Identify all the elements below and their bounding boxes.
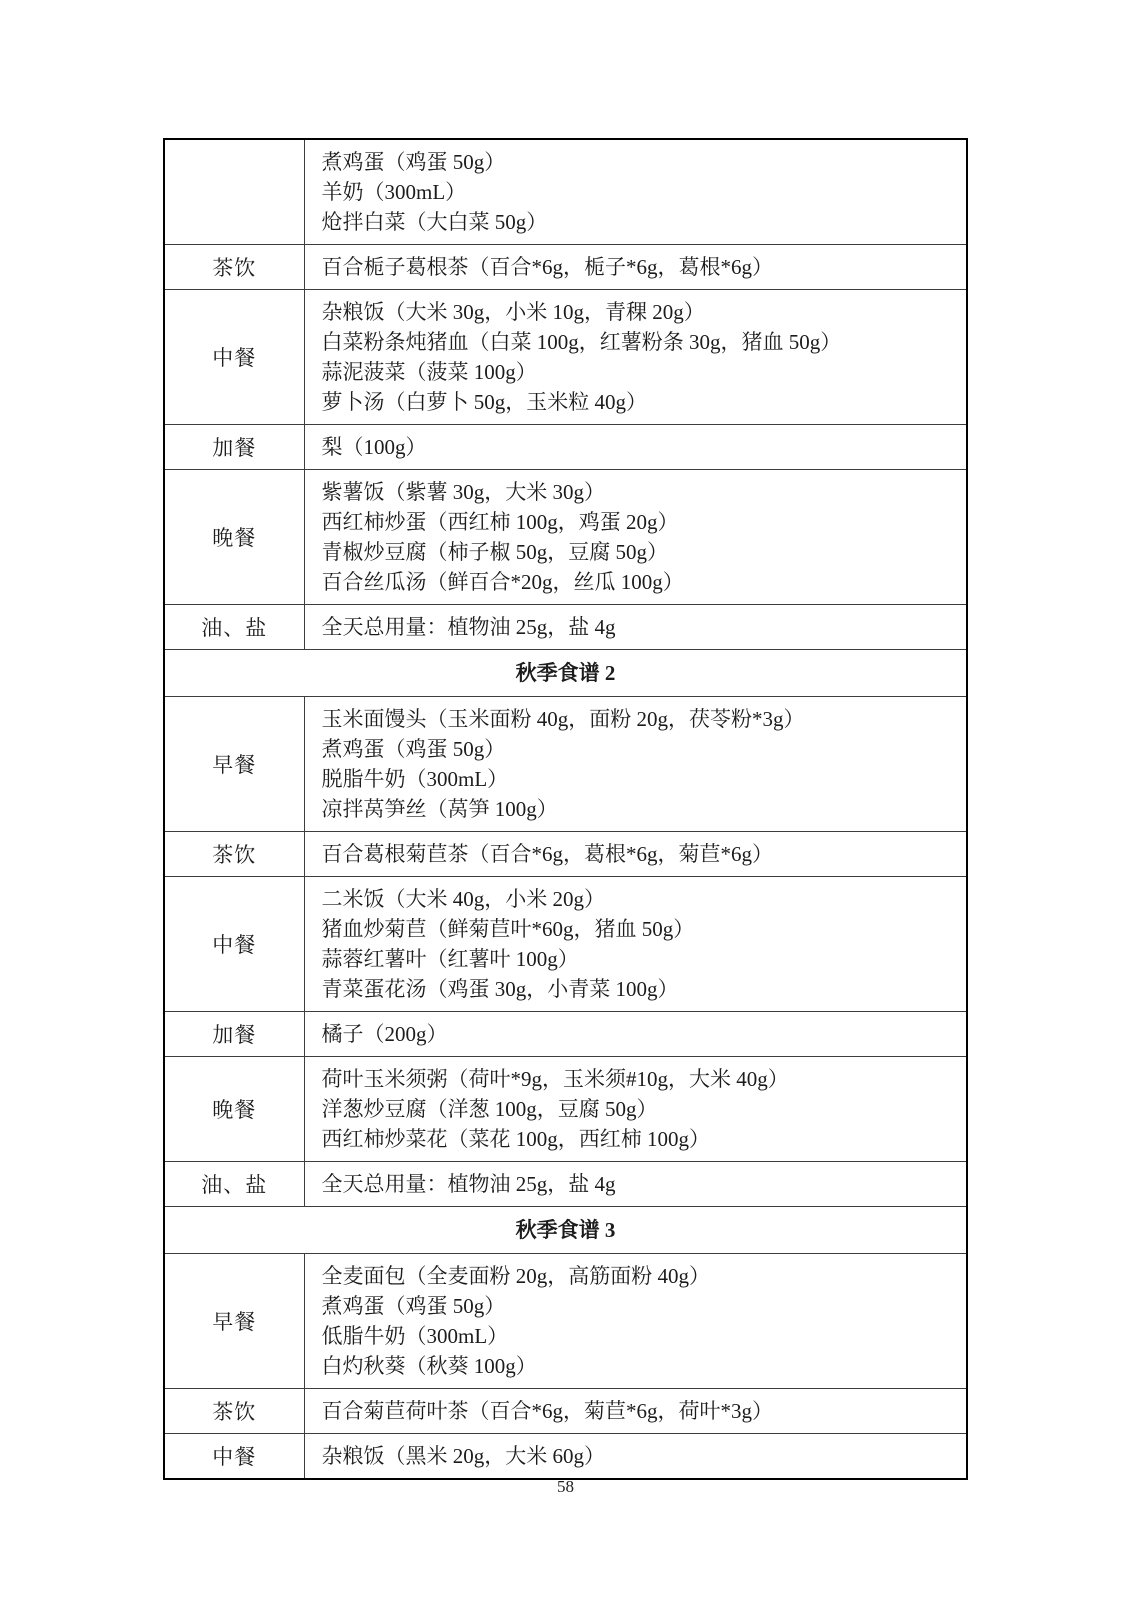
meal-items-cell: 百合菊苣荷叶茶（百合*6g，菊苣*6g，荷叶*3g） (304, 1389, 967, 1434)
meal-items-cell: 梨（100g） (304, 425, 967, 470)
dish-line: 低脂牛奶（300mL） (322, 1321, 959, 1351)
meal-items-cell: 紫薯饭（紫薯 30g，大米 30g） 西红柿炒蛋（西红柿 100g，鸡蛋 20g… (304, 470, 967, 605)
meal-items-cell: 百合葛根菊苣茶（百合*6g，葛根*6g，菊苣*6g） (304, 832, 967, 877)
dish-line: 白菜粉条炖猪血（白菜 100g，红薯粉条 30g，猪血 50g） (322, 327, 959, 357)
dish-line: 二米饭（大米 40g，小米 20g） (322, 884, 959, 914)
dish-line: 羊奶（300mL） (322, 177, 959, 207)
meal-items-cell: 二米饭（大米 40g，小米 20g） 猪血炒菊苣（鲜菊苣叶*60g，猪血 50g… (304, 877, 967, 1012)
meal-type-label: 中餐 (164, 290, 304, 425)
table-row: 中餐 杂粮饭（大米 30g，小米 10g，青稞 20g） 白菜粉条炖猪血（白菜 … (164, 290, 967, 425)
table-row: 油、盐 全天总用量：植物油 25g，盐 4g (164, 1162, 967, 1207)
table-row: 油、盐 全天总用量：植物油 25g，盐 4g (164, 605, 967, 650)
dish-line: 青椒炒豆腐（柿子椒 50g，豆腐 50g） (322, 537, 959, 567)
dish-line: 煮鸡蛋（鸡蛋 50g） (322, 147, 959, 177)
meal-items-cell: 全天总用量：植物油 25g，盐 4g (304, 605, 967, 650)
dish-line: 百合丝瓜汤（鲜百合*20g，丝瓜 100g） (322, 567, 959, 597)
table-row: 早餐 玉米面馒头（玉米面粉 40g，面粉 20g，茯苓粉*3g） 煮鸡蛋（鸡蛋 … (164, 697, 967, 832)
dish-line: 白灼秋葵（秋葵 100g） (322, 1351, 959, 1381)
meal-type-label: 油、盐 (164, 605, 304, 650)
meal-type-label: 早餐 (164, 697, 304, 832)
meal-type-label: 晚餐 (164, 1057, 304, 1162)
meal-type-label: 茶饮 (164, 245, 304, 290)
meal-items-cell: 杂粮饭（大米 30g，小米 10g，青稞 20g） 白菜粉条炖猪血（白菜 100… (304, 290, 967, 425)
table-row: 中餐 杂粮饭（黑米 20g，大米 60g） (164, 1434, 967, 1480)
section-header-row: 秋季食谱 3 (164, 1207, 967, 1254)
dish-line: 紫薯饭（紫薯 30g，大米 30g） (322, 477, 959, 507)
dish-line: 洋葱炒豆腐（洋葱 100g，豆腐 50g） (322, 1094, 959, 1124)
table-row: 茶饮 百合栀子葛根茶（百合*6g，栀子*6g，葛根*6g） (164, 245, 967, 290)
meal-items-cell: 全麦面包（全麦面粉 20g，高筋面粉 40g） 煮鸡蛋（鸡蛋 50g） 低脂牛奶… (304, 1254, 967, 1389)
dish-line: 百合栀子葛根茶（百合*6g，栀子*6g，葛根*6g） (322, 252, 959, 282)
dish-line: 杂粮饭（黑米 20g，大米 60g） (322, 1441, 959, 1471)
dish-line: 蒜泥菠菜（菠菜 100g） (322, 357, 959, 387)
meal-items-cell: 荷叶玉米须粥（荷叶*9g，玉米须#10g，大米 40g） 洋葱炒豆腐（洋葱 10… (304, 1057, 967, 1162)
dish-line: 蒜蓉红薯叶（红薯叶 100g） (322, 944, 959, 974)
meal-items-cell: 煮鸡蛋（鸡蛋 50g） 羊奶（300mL） 炝拌白菜（大白菜 50g） (304, 139, 967, 245)
table-row: 加餐 梨（100g） (164, 425, 967, 470)
meal-items-cell: 百合栀子葛根茶（百合*6g，栀子*6g，葛根*6g） (304, 245, 967, 290)
meal-type-label: 加餐 (164, 1012, 304, 1057)
dish-line: 百合葛根菊苣茶（百合*6g，葛根*6g，菊苣*6g） (322, 839, 959, 869)
dish-line: 脱脂牛奶（300mL） (322, 764, 959, 794)
dish-line: 全麦面包（全麦面粉 20g，高筋面粉 40g） (322, 1261, 959, 1291)
section-header-row: 秋季食谱 2 (164, 650, 967, 697)
dish-line: 全天总用量：植物油 25g，盐 4g (322, 612, 959, 642)
table-row: 中餐 二米饭（大米 40g，小米 20g） 猪血炒菊苣（鲜菊苣叶*60g，猪血 … (164, 877, 967, 1012)
dish-line: 荷叶玉米须粥（荷叶*9g，玉米须#10g，大米 40g） (322, 1064, 959, 1094)
meal-type-label: 油、盐 (164, 1162, 304, 1207)
dish-line: 炝拌白菜（大白菜 50g） (322, 207, 959, 237)
page-number: 58 (0, 1477, 1131, 1497)
meal-items-cell: 杂粮饭（黑米 20g，大米 60g） (304, 1434, 967, 1480)
document-page: 煮鸡蛋（鸡蛋 50g） 羊奶（300mL） 炝拌白菜（大白菜 50g） 茶饮 百… (0, 0, 1131, 1600)
section-title: 秋季食谱 3 (164, 1207, 967, 1254)
table-row: 煮鸡蛋（鸡蛋 50g） 羊奶（300mL） 炝拌白菜（大白菜 50g） (164, 139, 967, 245)
table-row: 早餐 全麦面包（全麦面粉 20g，高筋面粉 40g） 煮鸡蛋（鸡蛋 50g） 低… (164, 1254, 967, 1389)
dish-line: 玉米面馒头（玉米面粉 40g，面粉 20g，茯苓粉*3g） (322, 704, 959, 734)
dish-line: 凉拌莴笋丝（莴笋 100g） (322, 794, 959, 824)
dish-line: 煮鸡蛋（鸡蛋 50g） (322, 1291, 959, 1321)
table-row: 加餐 橘子（200g） (164, 1012, 967, 1057)
dish-line: 西红柿炒蛋（西红柿 100g，鸡蛋 20g） (322, 507, 959, 537)
table-row: 晚餐 荷叶玉米须粥（荷叶*9g，玉米须#10g，大米 40g） 洋葱炒豆腐（洋葱… (164, 1057, 967, 1162)
meal-type-label: 中餐 (164, 877, 304, 1012)
meal-items-cell: 全天总用量：植物油 25g，盐 4g (304, 1162, 967, 1207)
meal-type-label: 茶饮 (164, 832, 304, 877)
dish-line: 青菜蛋花汤（鸡蛋 30g，小青菜 100g） (322, 974, 959, 1004)
dish-line: 全天总用量：植物油 25g，盐 4g (322, 1169, 959, 1199)
dish-line: 萝卜汤（白萝卜 50g，玉米粒 40g） (322, 387, 959, 417)
table-row: 晚餐 紫薯饭（紫薯 30g，大米 30g） 西红柿炒蛋（西红柿 100g，鸡蛋 … (164, 470, 967, 605)
meal-plan-table: 煮鸡蛋（鸡蛋 50g） 羊奶（300mL） 炝拌白菜（大白菜 50g） 茶饮 百… (163, 138, 968, 1480)
dish-line: 杂粮饭（大米 30g，小米 10g，青稞 20g） (322, 297, 959, 327)
dish-line: 猪血炒菊苣（鲜菊苣叶*60g，猪血 50g） (322, 914, 959, 944)
meal-type-label (164, 139, 304, 245)
table-row: 茶饮 百合菊苣荷叶茶（百合*6g，菊苣*6g，荷叶*3g） (164, 1389, 967, 1434)
section-title: 秋季食谱 2 (164, 650, 967, 697)
meal-type-label: 晚餐 (164, 470, 304, 605)
dish-line: 煮鸡蛋（鸡蛋 50g） (322, 734, 959, 764)
meal-type-label: 加餐 (164, 425, 304, 470)
meal-items-cell: 玉米面馒头（玉米面粉 40g，面粉 20g，茯苓粉*3g） 煮鸡蛋（鸡蛋 50g… (304, 697, 967, 832)
dish-line: 西红柿炒菜花（菜花 100g，西红柿 100g） (322, 1124, 959, 1154)
table-row: 茶饮 百合葛根菊苣茶（百合*6g，葛根*6g，菊苣*6g） (164, 832, 967, 877)
dish-line: 橘子（200g） (322, 1019, 959, 1049)
meal-items-cell: 橘子（200g） (304, 1012, 967, 1057)
dish-line: 百合菊苣荷叶茶（百合*6g，菊苣*6g，荷叶*3g） (322, 1396, 959, 1426)
meal-type-label: 茶饮 (164, 1389, 304, 1434)
dish-line: 梨（100g） (322, 432, 959, 462)
meal-type-label: 中餐 (164, 1434, 304, 1480)
meal-type-label: 早餐 (164, 1254, 304, 1389)
